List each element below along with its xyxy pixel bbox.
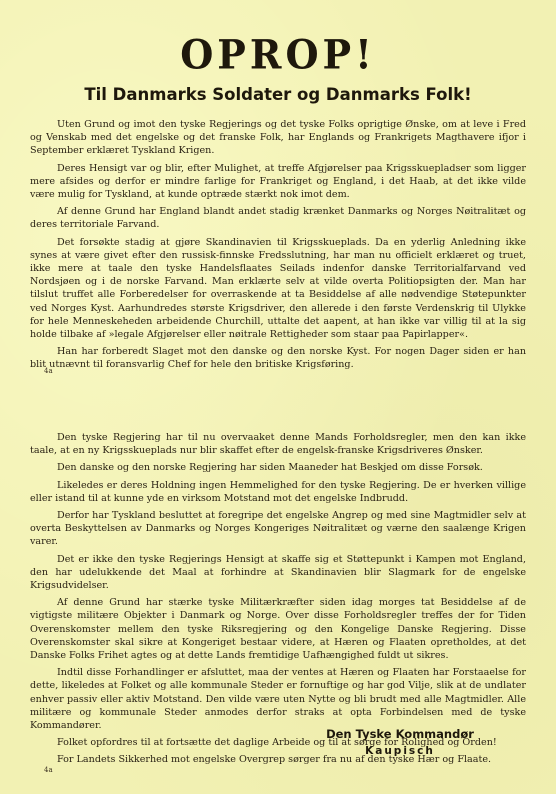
paragraph: Af denne Grund har England blandt andet … [30, 205, 526, 231]
page-marker-top: 4a [44, 367, 53, 375]
poster-subtitle: Til Danmarks Soldater og Danmarks Folk! [0, 84, 556, 106]
paragraph: Den danske og den norske Regjering har s… [30, 461, 526, 474]
paragraph: Det forsøkte stadig at gjøre Skandinavie… [30, 236, 526, 342]
paragraph: Deres Hensigt var og blir, efter Mulighe… [30, 162, 526, 202]
poster-title: OPROP! [0, 29, 556, 82]
signature-title: Den Tyske Kommandør [300, 727, 500, 741]
body-part-2: Den tyske Regjering har til nu overvaake… [30, 431, 526, 771]
paragraph: Indtil disse Forhandlinger er afsluttet,… [30, 666, 526, 732]
paragraph: Derfor har Tyskland besluttet at foregri… [30, 509, 526, 549]
paragraph: Uten Grund og imot den tyske Regjerings … [30, 118, 526, 158]
paragraph: Af denne Grund har stærke tyske Militærk… [30, 596, 526, 662]
page-marker-bottom: 4a [44, 766, 53, 774]
signature-name: Kaupisch [300, 745, 500, 757]
body-part-1: Uten Grund og imot den tyske Regjerings … [30, 118, 526, 376]
paragraph: Han har forberedt Slaget mot den danske … [30, 345, 526, 371]
paragraph: Den tyske Regjering har til nu overvaake… [30, 431, 526, 457]
paragraph: Det er ikke den tyske Regjerings Hensigt… [30, 553, 526, 593]
paragraph: Likeledes er deres Holdning ingen Hemmel… [30, 479, 526, 505]
